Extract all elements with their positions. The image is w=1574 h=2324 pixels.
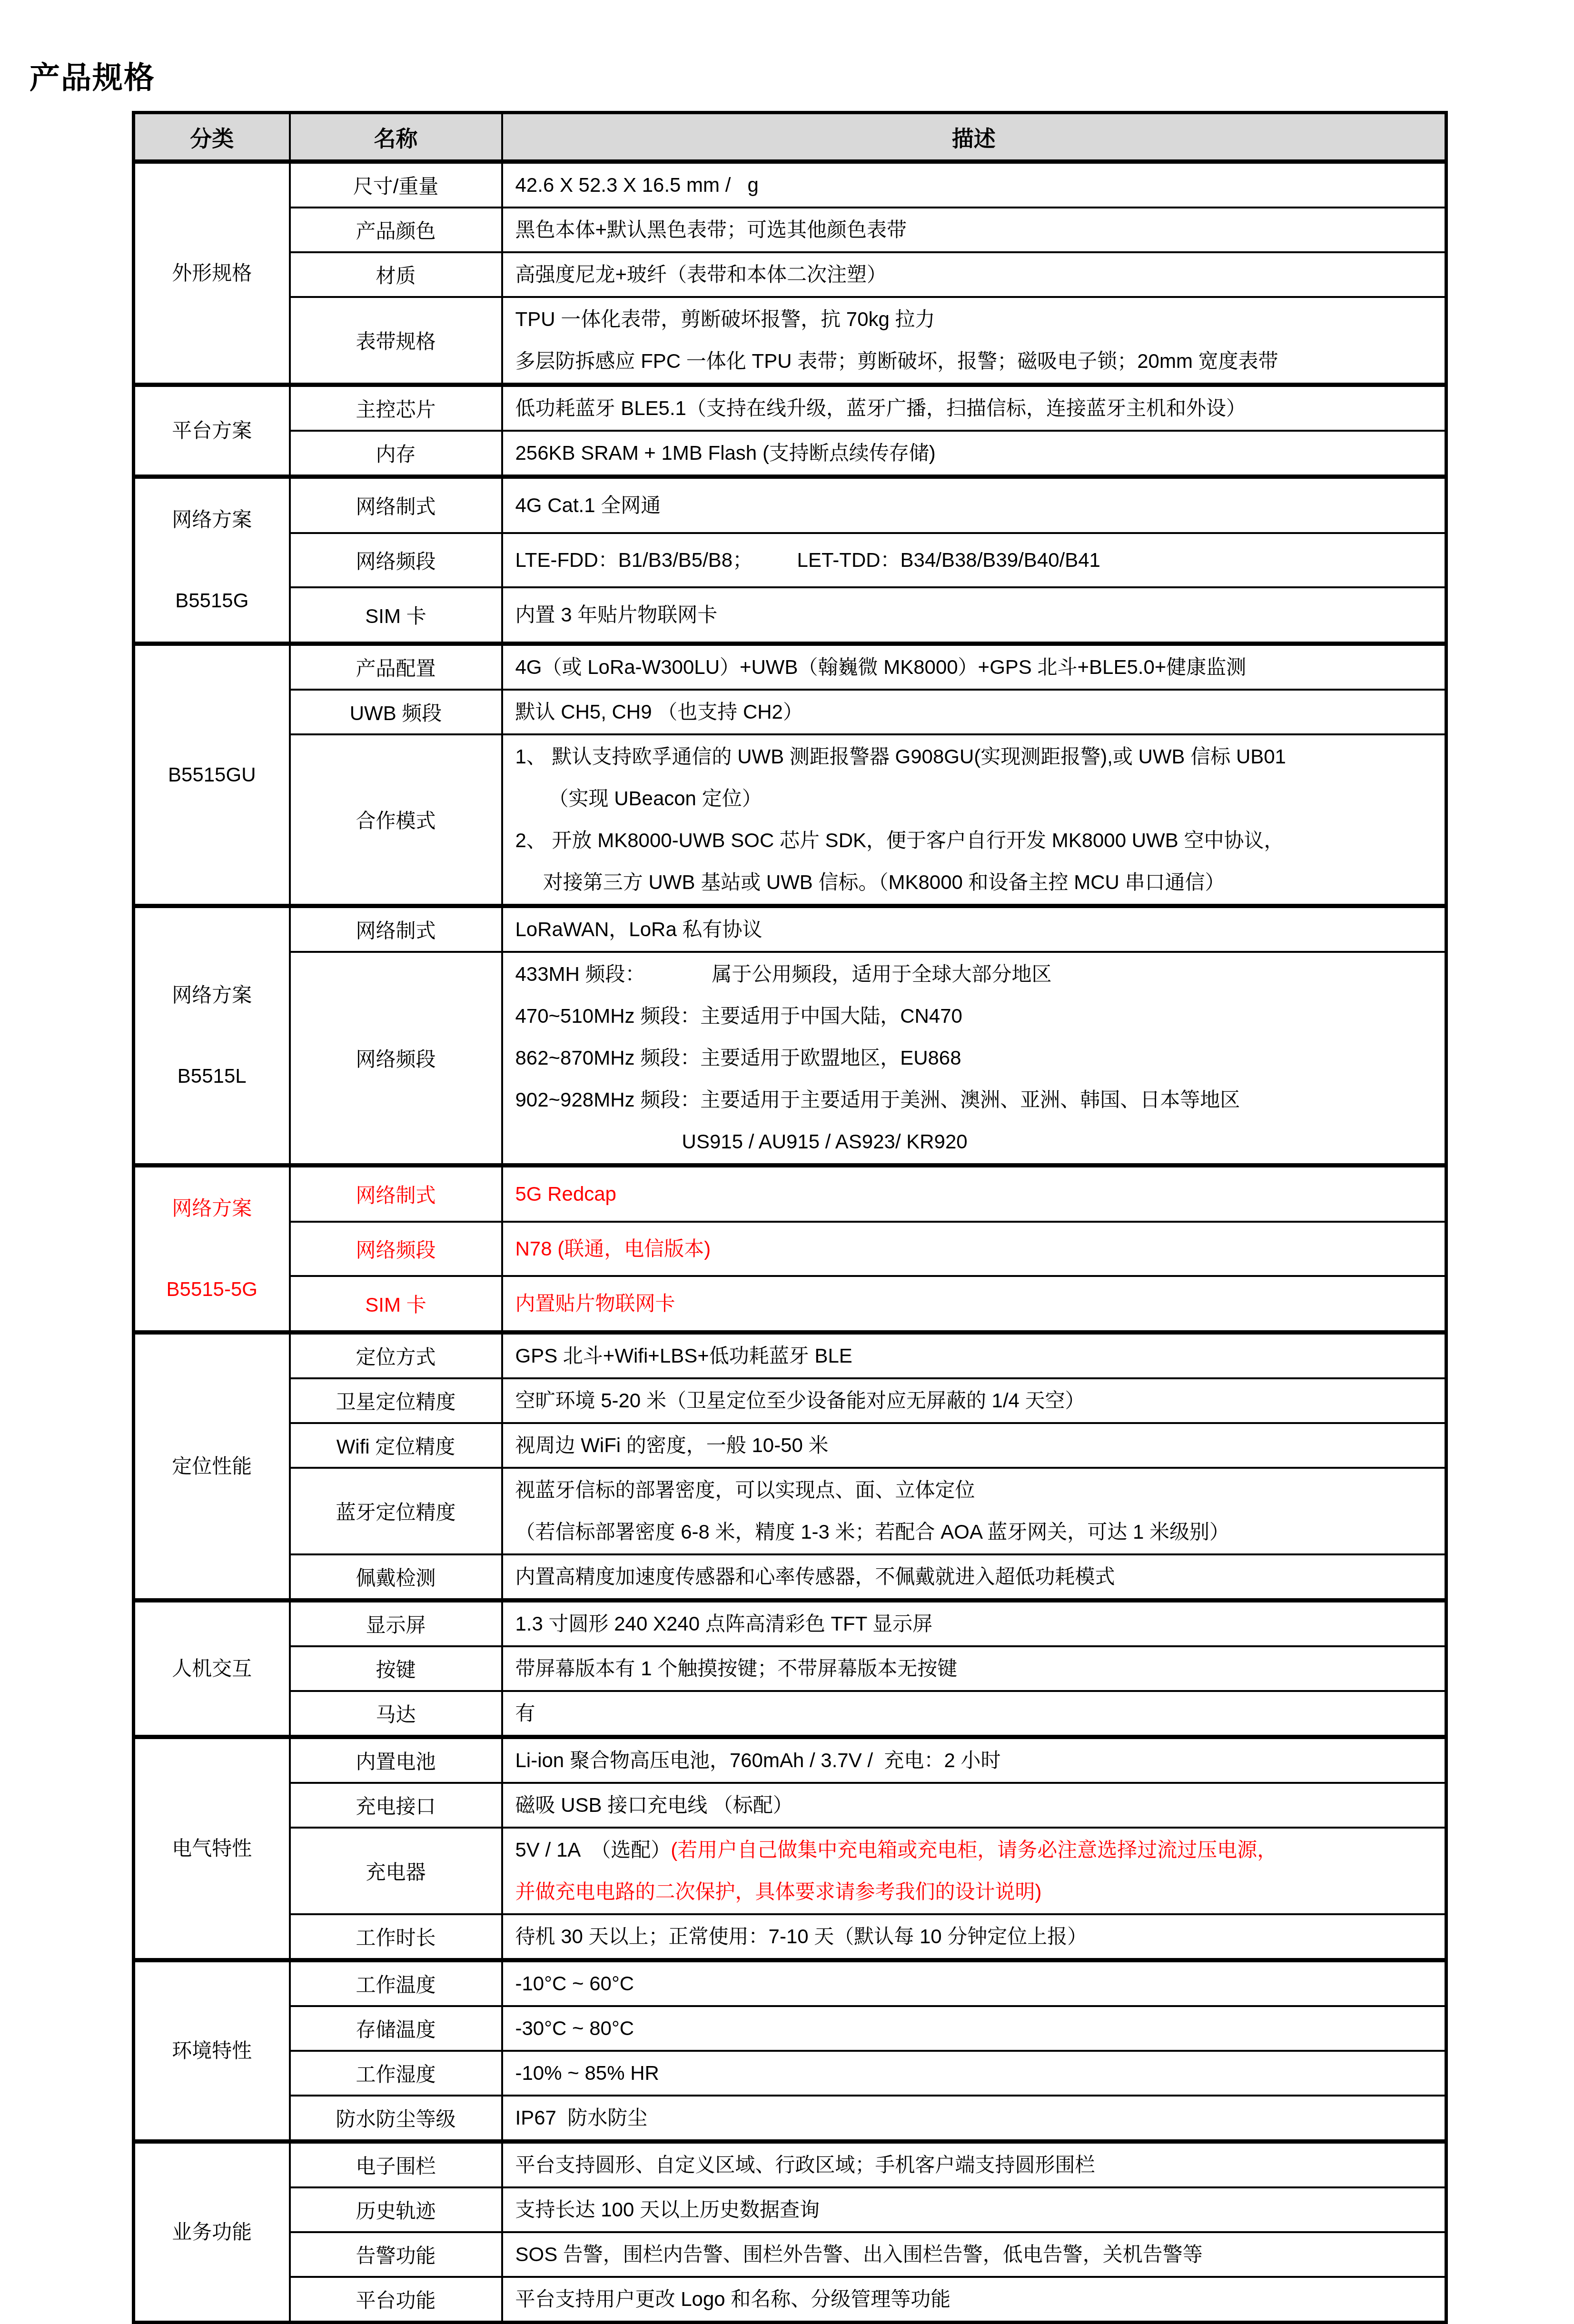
desc-line: 433MH 频段： 属于公用频段，适用于全球大部分地区: [515, 953, 1440, 995]
name-cell: 蓝牙定位精度: [290, 1468, 502, 1554]
name-cell: 佩戴检测: [290, 1554, 502, 1601]
table-row: 网络方案 B5515G 网络制式 4G Cat.1 全网通: [134, 477, 1446, 533]
header-category: 分类: [134, 113, 290, 162]
name-cell: 马达: [290, 1691, 502, 1737]
header-description: 描述: [502, 113, 1446, 162]
category-label: 人机交互: [136, 1628, 288, 1709]
desc-cell: 视蓝牙信标的部署密度，可以实现点、面、立体定位 （若信标部署密度 6-8 米，精…: [502, 1468, 1446, 1554]
name-cell: 定位方式: [290, 1333, 502, 1379]
name-cell: 表带规格: [290, 297, 502, 385]
table-row: 历史轨迹 支持长达 100 天以上历史数据查询: [134, 2187, 1446, 2232]
page-title: 产品规格: [30, 53, 155, 97]
category-label: B5515GU: [136, 734, 288, 815]
name-cell: 充电器: [290, 1828, 502, 1914]
category-label: 外形规格: [136, 233, 288, 314]
desc-cell: 4G（或 LoRa-W300LU）+UWB（翰巍微 MK8000）+GPS 北斗…: [502, 644, 1446, 690]
category-label: 定位性能: [136, 1426, 288, 1507]
desc-line: 256KB SRAM + 1MB Flash (支持断点续传存储): [515, 432, 1440, 474]
desc-line: 902~928MHz 频段：主要适用于主要适用于美洲、澳洲、亚洲、韩国、日本等地…: [515, 1079, 1440, 1121]
desc-cell: 空旷环境 5-20 米（卫星定位至少设备能对应无屏蔽的 1/4 天空）: [502, 1378, 1446, 1423]
category-label: 平台方案: [136, 390, 288, 471]
desc-line: 磁吸 USB 接口充电线 （标配）: [515, 1784, 1440, 1826]
category-cell-environment: 环境特性: [134, 1960, 290, 2142]
desc-cell: 平台支持用户更改 Logo 和名称、分级管理等功能: [502, 2277, 1446, 2323]
name-cell: Wifi 定位精度: [290, 1423, 502, 1468]
name-cell: 电子围栏: [290, 2142, 502, 2188]
table-row: 告警功能 SOS 告警，围栏内告警、围栏外告警、出入围栏告警，低电告警，关机告警…: [134, 2232, 1446, 2277]
category-label: B5515L: [136, 1036, 288, 1117]
desc-line: 内置 3 年贴片物联网卡: [515, 594, 1440, 636]
desc-line: 待机 30 天以上；正常使用：7-10 天（默认每 10 分钟定位上报）: [515, 1916, 1440, 1958]
table-row: 电气特性 内置电池 Li-ion 聚合物高压电池，760mAh / 3.7V /…: [134, 1737, 1446, 1783]
name-cell: 防水防尘等级: [290, 2096, 502, 2142]
category-cell-hmi: 人机交互: [134, 1601, 290, 1737]
table-row: SIM 卡 内置贴片物联网卡: [134, 1276, 1446, 1332]
name-cell: 尺寸/重量: [290, 162, 502, 208]
desc-line: 黑色本体+默认黑色表带；可选其他颜色表带: [515, 209, 1440, 251]
desc-line: 2、 开放 MK8000-UWB SOC 芯片 SDK，便于客户自行开发 MK8…: [515, 820, 1440, 861]
table-row: 平台功能 平台支持用户更改 Logo 和名称、分级管理等功能: [134, 2277, 1446, 2323]
desc-line: 4G（或 LoRa-W300LU）+UWB（翰巍微 MK8000）+GPS 北斗…: [515, 646, 1440, 688]
desc-cell: -10°C ~ 60°C: [502, 1960, 1446, 2007]
table-row: 蓝牙定位精度 视蓝牙信标的部署密度，可以实现点、面、立体定位 （若信标部署密度 …: [134, 1468, 1446, 1554]
desc-line: 平台支持用户更改 Logo 和名称、分级管理等功能: [515, 2278, 1440, 2320]
desc-line: IP67 防水防尘: [515, 2097, 1440, 2139]
table-row: 内存 256KB SRAM + 1MB Flash (支持断点续传存储): [134, 431, 1446, 477]
table-row: 佩戴检测 内置高精度加速度传感器和心率传感器，不佩戴就进入超低功耗模式: [134, 1554, 1446, 1601]
desc-cell: 磁吸 USB 接口充电线 （标配）: [502, 1783, 1446, 1828]
name-cell: 工作温度: [290, 1960, 502, 2007]
table-row: 充电器 5V / 1A （选配）(若用户自己做集中充电箱或充电柜，请务必注意选择…: [134, 1828, 1446, 1914]
desc-cell: -10% ~ 85% HR: [502, 2051, 1446, 2096]
desc-line: Li-ion 聚合物高压电池，760mAh / 3.7V / 充电：2 小时: [515, 1740, 1440, 1781]
table-row: 网络方案 B5515L 网络制式 LoRaWAN，LoRa 私有协议: [134, 906, 1446, 952]
desc-cell: 1、 默认支持欧孚通信的 UWB 测距报警器 G908GU(实现测距报警),或 …: [502, 734, 1446, 906]
name-cell: 显示屏: [290, 1601, 502, 1647]
category-cell-b5515gu: B5515GU: [134, 644, 290, 906]
desc-line: 视周边 WiFi 的密度，一般 10-50 米: [515, 1424, 1440, 1466]
table-row: 材质 高强度尼龙+玻纤（表带和本体二次注塑）: [134, 252, 1446, 297]
table-row: 卫星定位精度 空旷环境 5-20 米（卫星定位至少设备能对应无屏蔽的 1/4 天…: [134, 1378, 1446, 1423]
desc-cell: 256KB SRAM + 1MB Flash (支持断点续传存储): [502, 431, 1446, 477]
table-row: 网络方案 B5515-5G 网络制式 5G Redcap: [134, 1166, 1446, 1222]
table-row: 网络频段 N78 (联通，电信版本): [134, 1222, 1446, 1276]
header-row: 分类 名称 描述: [134, 113, 1446, 162]
desc-line: N78 (联通，电信版本): [515, 1228, 1440, 1270]
desc-line: -30°C ~ 80°C: [515, 2008, 1440, 2049]
name-cell: 网络频段: [290, 952, 502, 1166]
desc-line-red: 并做充电电路的二次保护，具体要求请参考我们的设计说明): [515, 1871, 1440, 1913]
desc-line: SOS 告警，围栏内告警、围栏外告警、出入围栏告警，低电告警，关机告警等: [515, 2234, 1440, 2275]
desc-line: 42.6 X 52.3 X 16.5 mm / g: [515, 164, 1440, 206]
desc-line: 470~510MHz 频段：主要适用于中国大陆，CN470: [515, 995, 1440, 1037]
desc-cell: 支持长达 100 天以上历史数据查询: [502, 2187, 1446, 2232]
table-row: 产品颜色 黑色本体+默认黑色表带；可选其他颜色表带: [134, 208, 1446, 252]
desc-cell: TPU 一体化表带，剪断破坏报警，抗 70kg 拉力 多层防拆感应 FPC 一体…: [502, 297, 1446, 385]
desc-line: LTE-FDD：B1/B3/B5/B8； LET-TDD：B34/B38/B39…: [515, 539, 1440, 581]
name-cell: 网络制式: [290, 1166, 502, 1222]
category-label: 网络方案: [136, 479, 288, 560]
desc-line: 有: [515, 1692, 1440, 1734]
desc-cell: SOS 告警，围栏内告警、围栏外告警、出入围栏告警，低电告警，关机告警等: [502, 2232, 1446, 2277]
desc-cell: 4G Cat.1 全网通: [502, 477, 1446, 533]
name-cell: 网络制式: [290, 906, 502, 952]
desc-line: LoRaWAN，LoRa 私有协议: [515, 909, 1440, 950]
table-row: 工作时长 待机 30 天以上；正常使用：7-10 天（默认每 10 分钟定位上报…: [134, 1914, 1446, 1960]
name-cell: 告警功能: [290, 2232, 502, 2277]
desc-cell: 5V / 1A （选配）(若用户自己做集中充电箱或充电柜，请务必注意选择过流过压…: [502, 1828, 1446, 1914]
desc-cell: 内置 3 年贴片物联网卡: [502, 587, 1446, 643]
desc-cell: 带屏幕版本有 1 个触摸按键；不带屏幕版本无按键: [502, 1646, 1446, 1691]
name-cell: SIM 卡: [290, 587, 502, 643]
desc-cell: 内置高精度加速度传感器和心率传感器，不佩戴就进入超低功耗模式: [502, 1554, 1446, 1601]
category-cell-platform: 平台方案: [134, 385, 290, 477]
table-row: 业务功能 电子围栏 平台支持圆形、自定义区域、行政区域；手机客户端支持圆形围栏: [134, 2142, 1446, 2188]
desc-line: 带屏幕版本有 1 个触摸按键；不带屏幕版本无按键: [515, 1648, 1440, 1690]
table-row: 合作模式 1、 默认支持欧孚通信的 UWB 测距报警器 G908GU(实现测距报…: [134, 734, 1446, 906]
table-row: 表带规格 TPU 一体化表带，剪断破坏报警，抗 70kg 拉力 多层防拆感应 F…: [134, 297, 1446, 385]
name-cell: 按键: [290, 1646, 502, 1691]
desc-cell: 1.3 寸圆形 240 X240 点阵高清彩色 TFT 显示屏: [502, 1601, 1446, 1647]
table-row: 存储温度 -30°C ~ 80°C: [134, 2006, 1446, 2051]
desc-line: 多层防拆感应 FPC 一体化 TPU 表带；剪断破坏，报警；磁吸电子锁；20mm…: [515, 340, 1440, 382]
table-row: UWB 频段 默认 CH5, CH9 （也支持 CH2）: [134, 690, 1446, 734]
desc-line: 平台支持圆形、自定义区域、行政区域；手机客户端支持圆形围栏: [515, 2144, 1440, 2186]
table-row: 网络频段 433MH 频段： 属于公用频段，适用于全球大部分地区 470~510…: [134, 952, 1446, 1166]
desc-cell: -30°C ~ 80°C: [502, 2006, 1446, 2051]
desc-cell: 高强度尼龙+玻纤（表带和本体二次注塑）: [502, 252, 1446, 297]
table-row: 外形规格 尺寸/重量 42.6 X 52.3 X 16.5 mm / g: [134, 162, 1446, 208]
table-row: 防水防尘等级 IP67 防水防尘: [134, 2096, 1446, 2142]
table-row: 充电接口 磁吸 USB 接口充电线 （标配）: [134, 1783, 1446, 1828]
name-cell: 网络制式: [290, 477, 502, 533]
name-cell: 充电接口: [290, 1783, 502, 1828]
category-cell-network-b5515-5g: 网络方案 B5515-5G: [134, 1166, 290, 1333]
desc-cell: 视周边 WiFi 的密度，一般 10-50 米: [502, 1423, 1446, 1468]
name-cell: 合作模式: [290, 734, 502, 906]
name-cell: 主控芯片: [290, 385, 502, 431]
category-label: 网络方案: [136, 955, 288, 1036]
desc-line: 对接第三方 UWB 基站或 UWB 信标。（MK8000 和设备主控 MCU 串…: [515, 861, 1440, 903]
desc-line: 默认 CH5, CH9 （也支持 CH2）: [515, 691, 1440, 733]
table-row: SIM 卡 内置 3 年贴片物联网卡: [134, 587, 1446, 643]
table-row: Wifi 定位精度 视周边 WiFi 的密度，一般 10-50 米: [134, 1423, 1446, 1468]
category-cell-positioning: 定位性能: [134, 1333, 290, 1601]
name-cell: SIM 卡: [290, 1276, 502, 1332]
category-label: B5515G: [136, 560, 288, 641]
spec-table: 分类 名称 描述 外形规格 尺寸/重量 42.6 X 52.3 X 16.5 m…: [132, 111, 1448, 2324]
name-cell: 材质: [290, 252, 502, 297]
table-row: 网络频段 LTE-FDD：B1/B3/B5/B8； LET-TDD：B34/B3…: [134, 533, 1446, 588]
name-cell: 网络频段: [290, 533, 502, 588]
desc-segment-red: (若用户自己做集中充电箱或充电柜，请务必注意选择过流过压电源，: [671, 1839, 1277, 1861]
name-cell: 产品颜色: [290, 208, 502, 252]
desc-line: 862~870MHz 频段：主要适用于欧盟地区，EU868: [515, 1037, 1440, 1079]
table-row: 定位性能 定位方式 GPS 北斗+Wifi+LBS+低功耗蓝牙 BLE: [134, 1333, 1446, 1379]
desc-line: 5V / 1A （选配）(若用户自己做集中充电箱或充电柜，请务必注意选择过流过压…: [515, 1829, 1440, 1871]
table-row: 环境特性 工作温度 -10°C ~ 60°C: [134, 1960, 1446, 2007]
category-cell-appearance: 外形规格: [134, 162, 290, 385]
desc-cell: 42.6 X 52.3 X 16.5 mm / g: [502, 162, 1446, 208]
desc-line: 5G Redcap: [515, 1173, 1440, 1215]
category-cell-network-b5515g: 网络方案 B5515G: [134, 477, 290, 644]
name-cell: 产品配置: [290, 644, 502, 690]
category-label: B5515-5G: [136, 1249, 288, 1330]
desc-cell: LTE-FDD：B1/B3/B5/B8； LET-TDD：B34/B38/B39…: [502, 533, 1446, 588]
desc-line: 高强度尼龙+玻纤（表带和本体二次注塑）: [515, 254, 1440, 296]
category-cell-network-b5515l: 网络方案 B5515L: [134, 906, 290, 1166]
category-label: 电气特性: [136, 1808, 288, 1889]
name-cell: 网络频段: [290, 1222, 502, 1276]
category-cell-electrical: 电气特性: [134, 1737, 290, 1960]
category-label: 业务功能: [136, 2192, 288, 2273]
desc-cell: 有: [502, 1691, 1446, 1737]
desc-cell: IP67 防水防尘: [502, 2096, 1446, 2142]
desc-cell: 默认 CH5, CH9 （也支持 CH2）: [502, 690, 1446, 734]
desc-cell: 433MH 频段： 属于公用频段，适用于全球大部分地区 470~510MHz 频…: [502, 952, 1446, 1166]
desc-line: US915 / AU915 / AS923/ KR920: [515, 1121, 1440, 1163]
desc-line: 1、 默认支持欧孚通信的 UWB 测距报警器 G908GU(实现测距报警),或 …: [515, 736, 1440, 778]
desc-line: GPS 北斗+Wifi+LBS+低功耗蓝牙 BLE: [515, 1335, 1440, 1377]
desc-cell: 黑色本体+默认黑色表带；可选其他颜色表带: [502, 208, 1446, 252]
name-cell: 内置电池: [290, 1737, 502, 1783]
desc-line: 空旷环境 5-20 米（卫星定位至少设备能对应无屏蔽的 1/4 天空）: [515, 1380, 1440, 1422]
header-name: 名称: [290, 113, 502, 162]
category-cell-business: 业务功能: [134, 2142, 290, 2323]
desc-line: 支持长达 100 天以上历史数据查询: [515, 2189, 1440, 2231]
desc-cell: LoRaWAN，LoRa 私有协议: [502, 906, 1446, 952]
name-cell: 平台功能: [290, 2277, 502, 2323]
desc-line: 视蓝牙信标的部署密度，可以实现点、面、立体定位: [515, 1469, 1440, 1511]
desc-line: 1.3 寸圆形 240 X240 点阵高清彩色 TFT 显示屏: [515, 1603, 1440, 1645]
desc-cell: Li-ion 聚合物高压电池，760mAh / 3.7V / 充电：2 小时: [502, 1737, 1446, 1783]
desc-line: （实现 UBeacon 定位）: [515, 778, 1440, 820]
name-cell: 历史轨迹: [290, 2187, 502, 2232]
desc-cell: N78 (联通，电信版本): [502, 1222, 1446, 1276]
name-cell: 存储温度: [290, 2006, 502, 2051]
desc-cell: 待机 30 天以上；正常使用：7-10 天（默认每 10 分钟定位上报）: [502, 1914, 1446, 1960]
desc-line: 低功耗蓝牙 BLE5.1（支持在线升级，蓝牙广播，扫描信标，连接蓝牙主机和外设）: [515, 387, 1440, 429]
desc-line: TPU 一体化表带，剪断破坏报警，抗 70kg 拉力: [515, 298, 1440, 340]
desc-line: -10% ~ 85% HR: [515, 2052, 1440, 2094]
desc-segment: 5V / 1A （选配）: [515, 1839, 671, 1861]
table-row: 按键 带屏幕版本有 1 个触摸按键；不带屏幕版本无按键: [134, 1646, 1446, 1691]
category-label: 网络方案: [136, 1168, 288, 1249]
table-row: 工作湿度 -10% ~ 85% HR: [134, 2051, 1446, 2096]
category-label: 环境特性: [136, 2010, 288, 2091]
table-row: B5515GU 产品配置 4G（或 LoRa-W300LU）+UWB（翰巍微 M…: [134, 644, 1446, 690]
name-cell: 工作时长: [290, 1914, 502, 1960]
desc-cell: GPS 北斗+Wifi+LBS+低功耗蓝牙 BLE: [502, 1333, 1446, 1379]
desc-line: 4G Cat.1 全网通: [515, 485, 1440, 526]
name-cell: 内存: [290, 431, 502, 477]
desc-cell: 5G Redcap: [502, 1166, 1446, 1222]
desc-line: -10°C ~ 60°C: [515, 1963, 1440, 2005]
desc-line: 内置高精度加速度传感器和心率传感器，不佩戴就进入超低功耗模式: [515, 1556, 1440, 1598]
table-row: 平台方案 主控芯片 低功耗蓝牙 BLE5.1（支持在线升级，蓝牙广播，扫描信标，…: [134, 385, 1446, 431]
name-cell: UWB 频段: [290, 690, 502, 734]
name-cell: 工作湿度: [290, 2051, 502, 2096]
desc-line: （若信标部署密度 6-8 米，精度 1-3 米；若配合 AOA 蓝牙网关，可达 …: [515, 1511, 1440, 1553]
desc-line: 内置贴片物联网卡: [515, 1283, 1440, 1325]
desc-cell: 低功耗蓝牙 BLE5.1（支持在线升级，蓝牙广播，扫描信标，连接蓝牙主机和外设）: [502, 385, 1446, 431]
desc-cell: 内置贴片物联网卡: [502, 1276, 1446, 1332]
table-row: 人机交互 显示屏 1.3 寸圆形 240 X240 点阵高清彩色 TFT 显示屏: [134, 1601, 1446, 1647]
name-cell: 卫星定位精度: [290, 1378, 502, 1423]
table-row: 马达 有: [134, 1691, 1446, 1737]
desc-cell: 平台支持圆形、自定义区域、行政区域；手机客户端支持圆形围栏: [502, 2142, 1446, 2188]
